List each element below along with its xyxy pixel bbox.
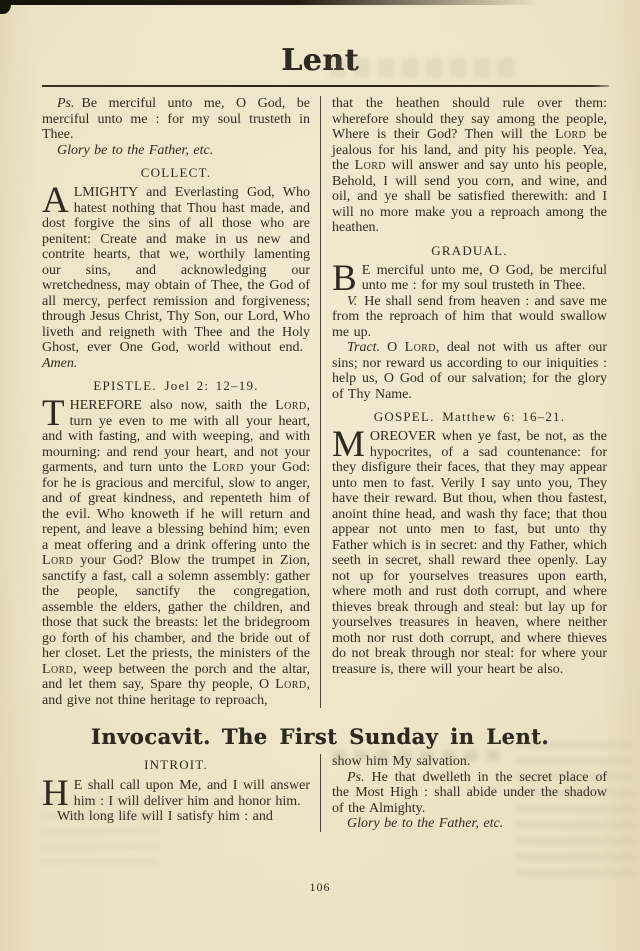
text-segment: Lord (42, 662, 73, 677)
collect-initial: A (42, 185, 74, 215)
text-segment: Glory be to the Father, etc. (347, 816, 503, 831)
text-segment: He that dwelleth in the secret place of … (332, 770, 607, 816)
text-segment: He shall send from heaven : and save me … (332, 294, 607, 340)
text-segment: Be merciful unto me, O God, be merciful … (42, 96, 310, 142)
introit-initial: H (42, 778, 74, 808)
epistle-heading: EPISTLE. Joel 2: 12–19. (42, 378, 310, 394)
page-title: Lent (0, 44, 640, 78)
tract-text: Tract. O Lord, deal not with us after ou… (332, 340, 607, 402)
bottom-two-column-block: INTROIT. HE shall call upon Me, and I wi… (0, 754, 640, 832)
introit-continued: show him My salvation. (332, 754, 607, 770)
text-segment: Lord (355, 158, 386, 173)
sunday-section-title: Invocavit. The First Sunday in Lent. (0, 725, 640, 749)
collect-body: LMIGHTY and Everlasting God, Who hatest … (42, 185, 310, 371)
text-segment: V. (347, 294, 364, 309)
text-segment: Amen. (42, 356, 77, 371)
gospel-heading: GOSPEL. Matthew 6: 16–21. (332, 409, 607, 425)
collect-heading: COLLECT. (42, 165, 310, 181)
column-left: Ps. Be merciful unto me, O God, be merci… (42, 96, 320, 708)
text-segment: Tract. (347, 340, 387, 355)
column-right: that the heathen should rule over them: … (321, 96, 607, 708)
gospel-initial: M (332, 429, 370, 459)
text-segment: Ps. (57, 96, 82, 111)
text-segment: Lord (275, 398, 306, 413)
text-segment: Lord (555, 127, 586, 142)
text-segment: your God? Blow the trumpet in Zion, sanc… (42, 553, 310, 661)
bottom-column-right: show him My salvation. Ps. He that dwell… (321, 754, 607, 832)
text-segment: E merciful unto me, O God, be merciful u… (362, 263, 607, 294)
introit-heading: INTROIT. (42, 757, 310, 773)
gradual-text: BE merciful unto me, O God, be merciful … (332, 263, 607, 294)
text-segment: E shall call upon Me, and I will answer … (74, 778, 310, 809)
collect-text: ALMIGHTY and Everlasting God, Who hatest… (42, 185, 310, 371)
epistle-text: THEREFORE also now, saith the Lord, turn… (42, 398, 310, 708)
two-column-text-block: Ps. Be merciful unto me, O God, be merci… (0, 96, 640, 708)
page-number: 106 (0, 880, 640, 895)
text-segment: , weep between the porch and the altar, … (42, 662, 310, 693)
gospel-body: OREOVER when ye fast, be not, as the hyp… (332, 429, 607, 677)
introit-text: HE shall call upon Me, and I will answer… (42, 778, 310, 809)
header-rule (42, 85, 609, 87)
text-segment: Lord (405, 340, 436, 355)
text-segment: Ps. (347, 770, 372, 785)
bottom-column-left: INTROIT. HE shall call upon Me, and I wi… (42, 754, 320, 832)
gradual-heading: GRADUAL. (332, 243, 607, 259)
gradual-body: E merciful unto me, O God, be merciful u… (362, 263, 607, 294)
gradual-versicle: V. He shall send from heaven : and save … (332, 294, 607, 341)
introit-body: E shall call upon Me, and I will answer … (74, 778, 310, 809)
text-segment: Lord (275, 677, 306, 692)
gloria-patri: Glory be to the Father, etc. (42, 143, 310, 159)
gradual-initial: B (332, 263, 362, 293)
text-segment: Lord (213, 460, 244, 475)
gloria-patri-bottom: Glory be to the Father, etc. (332, 816, 607, 832)
text-segment: LMIGHTY and Everlasting God, Who hatest … (42, 185, 310, 355)
introit-verse: With long life will I satisfy him : and (42, 809, 310, 825)
epistle-initial: T (42, 398, 70, 428)
text-segment: show him My salvation. (332, 754, 470, 769)
text-segment: Glory be to the Father, etc. (57, 143, 213, 158)
epistle-continued: that the heathen should rule over them: … (332, 96, 607, 236)
gospel-text: MOREOVER when ye fast, be not, as the hy… (332, 429, 607, 677)
scan-edge-top (0, 0, 540, 5)
text-segment: With long life will I satisfy him : and (57, 809, 273, 824)
scan-corner-mark (0, 0, 11, 14)
book-page: Lent Ps. Be merciful unto me, O God, be … (0, 0, 640, 951)
text-segment: HEREFORE also now, saith the (70, 398, 276, 413)
text-segment: Lord (42, 553, 73, 568)
text-segment: OREOVER when ye fast, be not, as the hyp… (332, 429, 607, 677)
psalm-antiphon: Ps. Be merciful unto me, O God, be merci… (42, 96, 310, 143)
epistle-body: HEREFORE also now, saith the Lord, turn … (42, 398, 310, 708)
psalm-verse: Ps. He that dwelleth in the secret place… (332, 770, 607, 817)
text-segment: O (387, 340, 405, 355)
